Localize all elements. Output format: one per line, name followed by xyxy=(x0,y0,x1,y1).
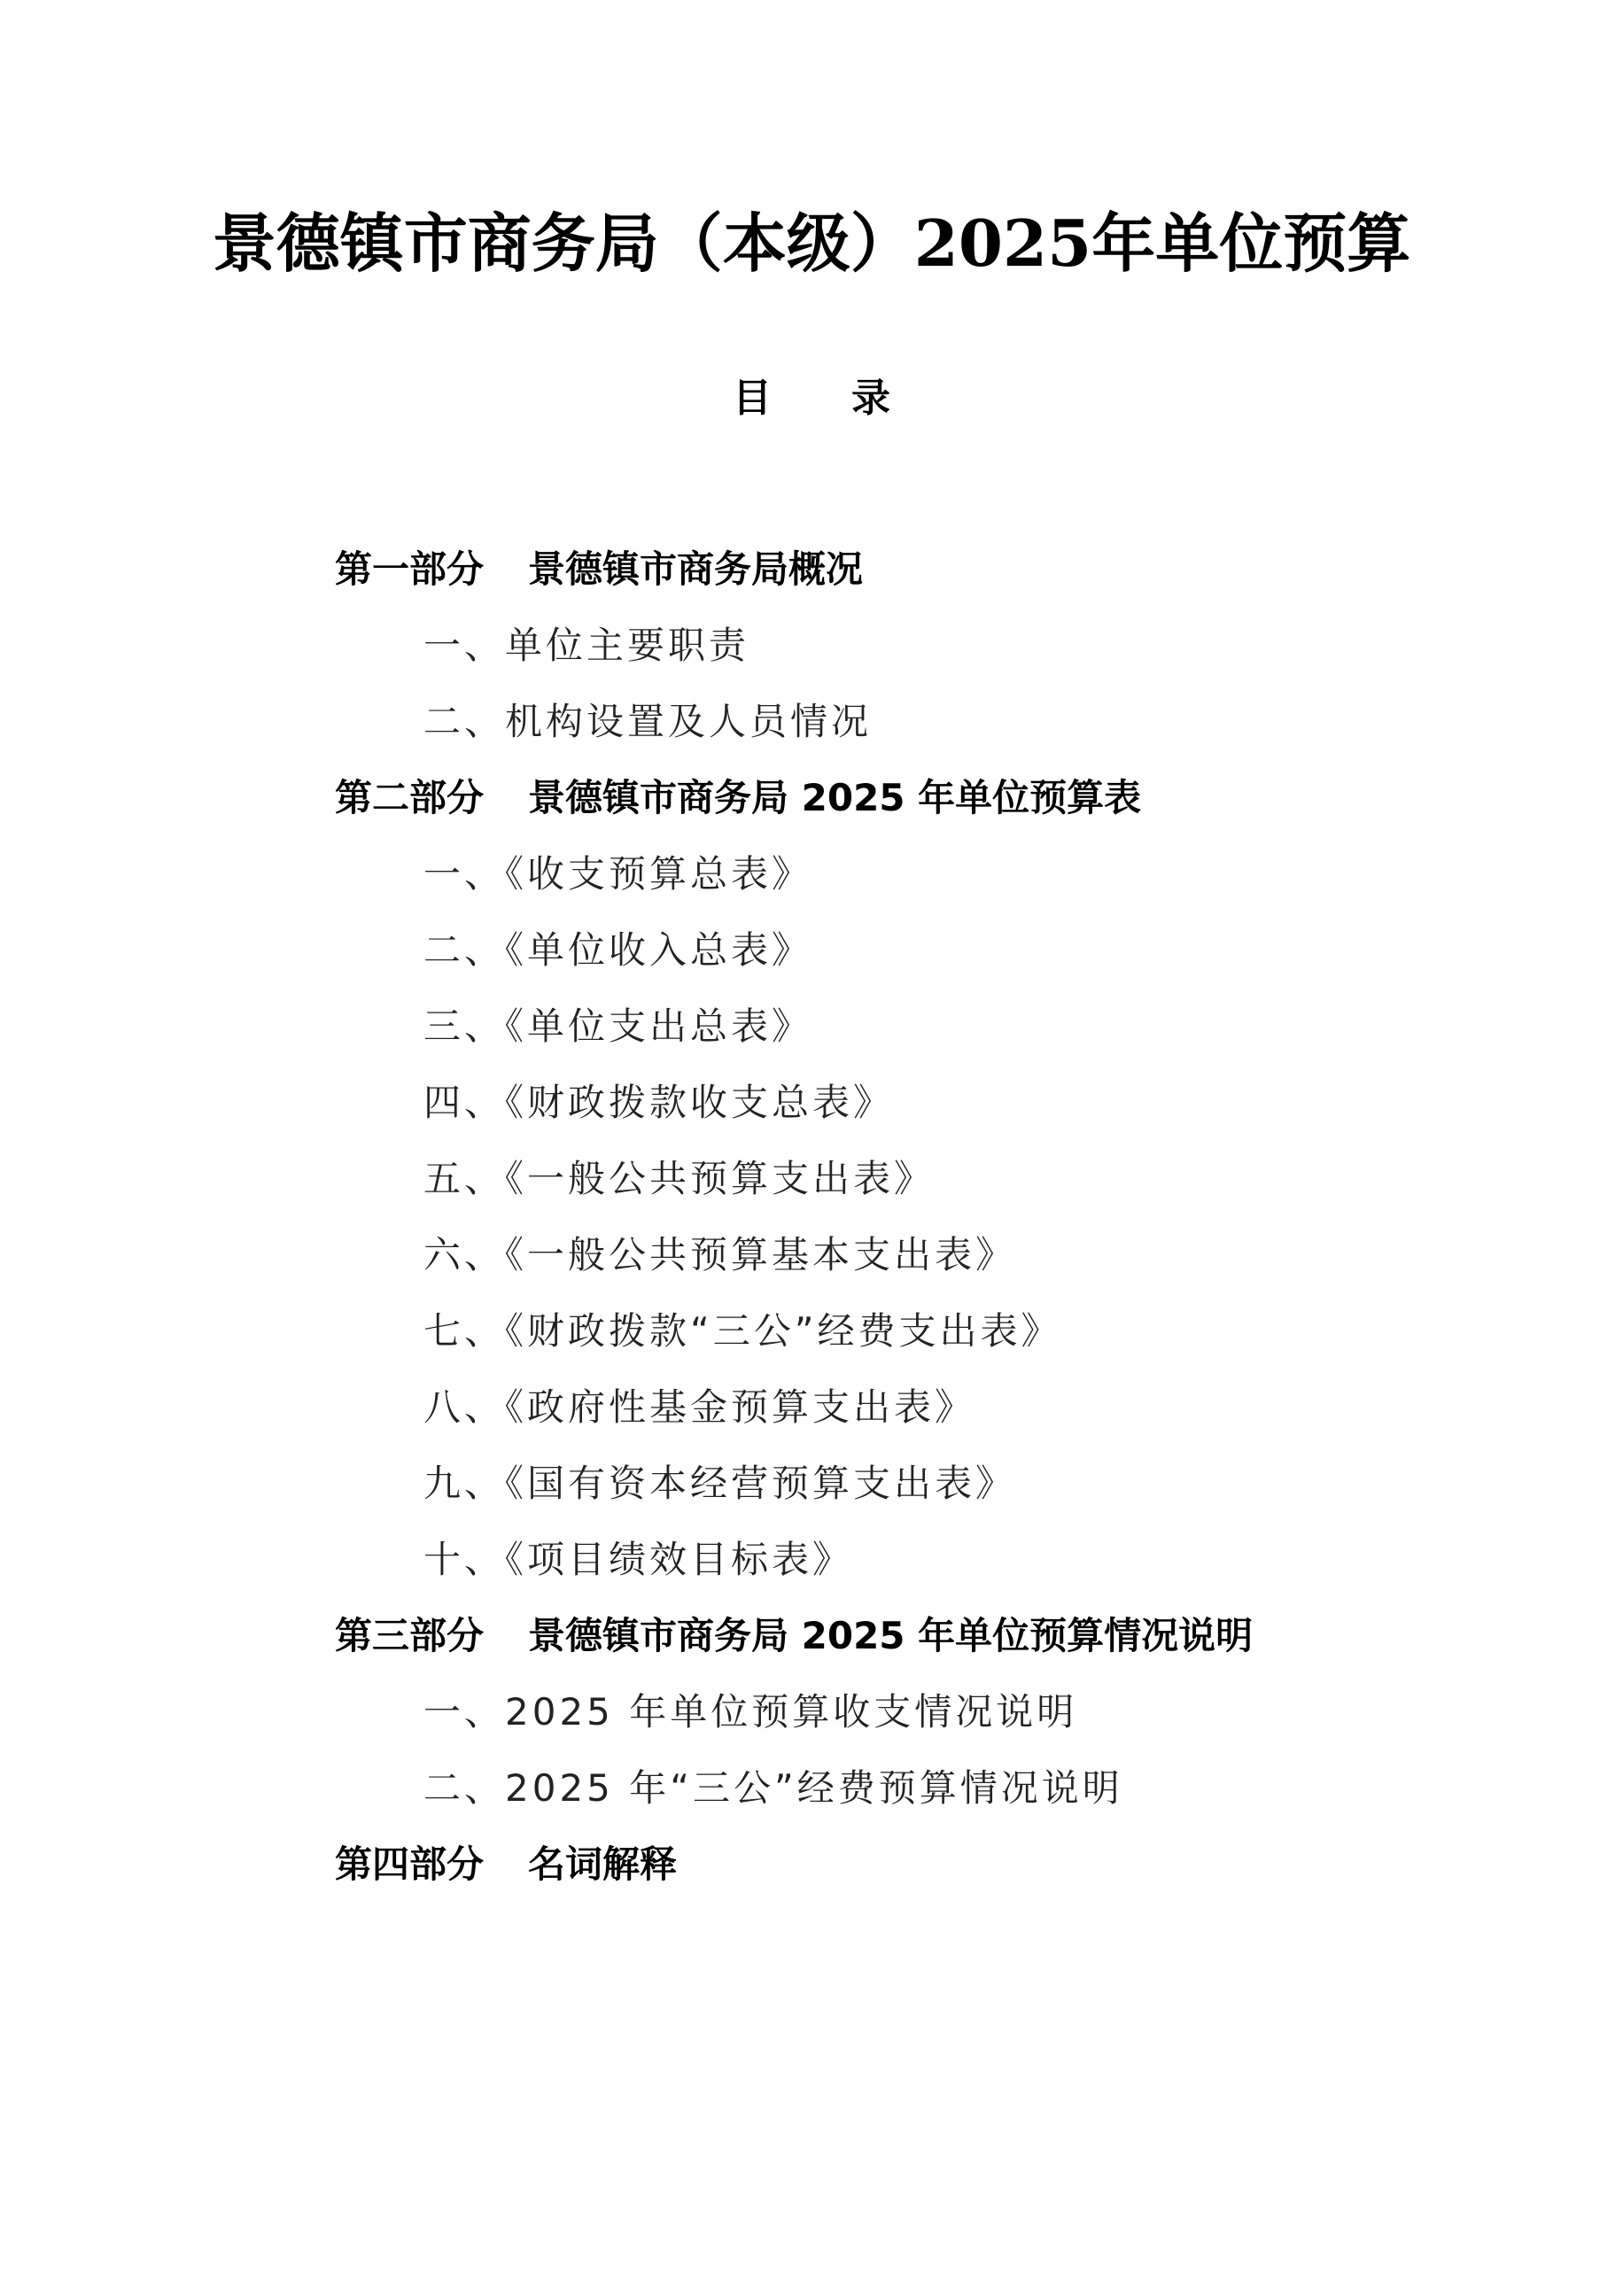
table-of-contents: 第一部分景德镇市商务局概况 一、单位主要职责 二、机构设置及人员情况 第二部分景… xyxy=(335,531,1575,1903)
document-page: 景德镇市商务局（本级）2025年单位预算 目录 第一部分景德镇市商务局概况 一、… xyxy=(0,0,1623,2296)
document-title: 景德镇市商务局（本级）2025年单位预算 xyxy=(0,199,1623,288)
toc-part-2[interactable]: 第二部分景德镇市商务局 2025 年单位预算表 xyxy=(335,760,1575,836)
part-number: 第一部分 xyxy=(335,531,484,608)
toc-heading-char-1: 目 xyxy=(733,372,772,425)
part-label: 名词解释 xyxy=(528,1842,677,1886)
toc-part-4[interactable]: 第四部分名词解释 xyxy=(335,1827,1575,1903)
toc-heading-char-2: 录 xyxy=(851,372,890,425)
toc-item[interactable]: 一、2025 年单位预算收支情况说明 xyxy=(335,1674,1575,1750)
toc-item[interactable]: 二、机构设置及人员情况 xyxy=(335,684,1575,760)
part-number: 第二部分 xyxy=(335,760,484,836)
toc-item[interactable]: 三、《单位支出总表》 xyxy=(335,989,1575,1065)
toc-item[interactable]: 七、《财政拨款“三公”经费支出表》 xyxy=(335,1293,1575,1369)
part-number: 第三部分 xyxy=(335,1598,484,1674)
toc-heading: 目录 xyxy=(0,372,1623,425)
part-label: 景德镇市商务局概况 xyxy=(528,547,863,591)
toc-item[interactable]: 二、《单位收入总表》 xyxy=(335,912,1575,989)
part-label: 景德镇市商务局 2025 年单位预算情况说明 xyxy=(528,1614,1253,1657)
toc-item[interactable]: 九、《国有资本经营预算支出表》 xyxy=(335,1446,1575,1522)
toc-item[interactable]: 八、《政府性基金预算支出表》 xyxy=(335,1369,1575,1446)
toc-item[interactable]: 十、《项目绩效目标表》 xyxy=(335,1522,1575,1598)
toc-item[interactable]: 一、《收支预算总表》 xyxy=(335,836,1575,912)
toc-item[interactable]: 四、《财政拨款收支总表》 xyxy=(335,1065,1575,1141)
toc-item[interactable]: 六、《一般公共预算基本支出表》 xyxy=(335,1217,1575,1293)
toc-item[interactable]: 二、2025 年“三公”经费预算情况说明 xyxy=(335,1750,1575,1827)
toc-item[interactable]: 一、单位主要职责 xyxy=(335,608,1575,684)
toc-part-1[interactable]: 第一部分景德镇市商务局概况 xyxy=(335,531,1575,608)
toc-part-3[interactable]: 第三部分景德镇市商务局 2025 年单位预算情况说明 xyxy=(335,1598,1575,1674)
toc-item[interactable]: 五、《一般公共预算支出表》 xyxy=(335,1141,1575,1217)
part-label: 景德镇市商务局 2025 年单位预算表 xyxy=(528,776,1141,819)
part-number: 第四部分 xyxy=(335,1827,484,1903)
